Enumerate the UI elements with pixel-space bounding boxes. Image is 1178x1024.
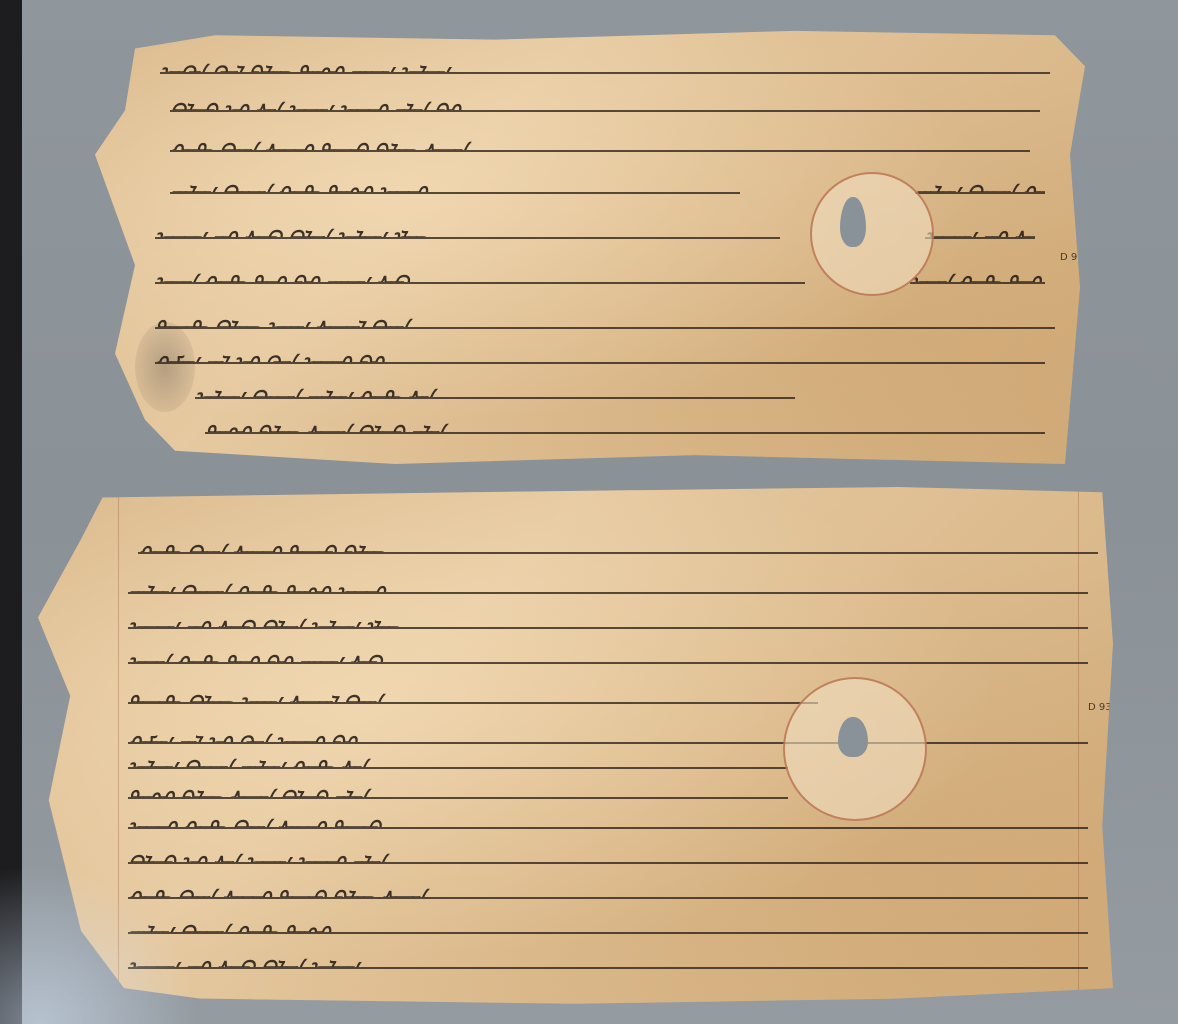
manuscript-line: ᠠᠳᠢᠨ ᠬᠤᠲ ᠲᠤᠷ ᠪᠢᠷ ᠶᠠᠷᠤᠬ ᠰᠠᠪ <box>128 642 1088 664</box>
manuscript-line: ᠶᠠᠷᠯᠢᠭ ᠪᠤᠷᠬᠠᠨ ᠬᠤᠲ ᠲᠡᠩᠷᠢ ᠡᠷᠲᠦᠷ <box>128 572 1088 594</box>
manuscript-line: ᠲᠡᠩᠷᠢ ᠪᠢᠯᠢᠭ ᠰᠥᠷᠡ ᠪᠤᠯᠳᠤ ᠶᠠᠯᠢᠨ <box>205 412 1045 434</box>
upper-manuscript-leaf: ᠡᠷᠡᠭᠦᠨ ᠬᠥᠯ ᠪᠢᠯᠢᠭ ᠲᠡᠩᠷᠢ ᠶᠠᠷᠤᠬ ᠤᠯᠤᠭ ᠪᠤᠯᠳᠤ … <box>95 22 1095 464</box>
string-hole <box>838 717 868 757</box>
manuscript-line: ᠡᠷᠲᠦᠷ ᠬᠤᠲ ᠪᠤᠶᠠᠨ ᠰᠠᠴᠤᠷ ᠲᠥᠷᠦ <box>128 807 1088 829</box>
manuscript-line: ᠬᠤᠲ ᠪᠤᠶᠠᠨ ᠰᠠᠴᠤᠷ ᠲᠥᠷᠦ ᠪᠢᠯᠢᠭ <box>138 532 1098 554</box>
light-glare <box>0 864 200 1024</box>
manuscript-line: ᠤᠯᠤᠭ ᠪᠤᠷᠬᠠᠨ ᠶᠠᠷᠯᠢᠭ ᠬᠤᠲ ᠰᠠᠨ <box>195 377 795 399</box>
manuscript-line: ᠢᠳᠤᠬ ᠶᠢᠷ ᠰᠤᠪ ᠪᠤᠯᠤᠨ ᠤᠯᠤᠭ <box>128 947 1088 969</box>
manuscript-line: ᠢᠳᠤᠬ ᠶᠢᠷ ᠰᠤᠪ ᠪᠤᠯᠤᠨ ᠤᠯᠤᠭ ᠡᠯᠢᠭ <box>128 607 1088 629</box>
string-hole <box>840 197 866 247</box>
manuscript-line: ᠡᠷᠡᠭᠦᠨ ᠬᠥᠯ ᠪᠢᠯᠢᠭ ᠲᠡᠩᠷᠢ ᠶᠠᠷᠤᠬ ᠤᠯᠤᠭ <box>160 52 1050 74</box>
manuscript-line: ᠬᠠᠮᠠᠭ ᠶᠢᠯ ᠠᠶ ᠬᠦᠨ ᠡᠷᠲᠦᠷ ᠪᠡᠷ <box>128 722 1088 744</box>
manuscript-line: ᠬᠤᠲ ᠪᠤᠶᠠᠨ ᠰᠠᠴᠤᠷ ᠲᠥᠷᠦ ᠪᠢᠯᠢᠭ ᠰᠥᠷᠡ <box>128 877 1088 899</box>
manuscript-line: ᠢᠳᠤᠬ ᠶᠢᠷ ᠰᠤᠪ ᠪᠤᠯᠤᠨ ᠤᠯᠤᠭ ᠡᠯᠢᠭ <box>925 217 1035 239</box>
manuscript-line: ᠠᠳᠢᠨ ᠬᠤᠲ ᠲᠤᠷ ᠪᠢᠷ ᠶᠠᠷᠤᠬ ᠰᠠᠪ <box>155 262 805 284</box>
shelfmark-label: D 93 <box>1088 702 1112 713</box>
manuscript-line: ᠶᠠᠷᠯᠢᠭ ᠪᠤᠷᠬᠠᠨ ᠬᠤᠲ ᠲᠡᠩᠷᠢ <box>128 912 1088 934</box>
manuscript-line: ᠢᠳᠤᠬ ᠶᠢᠷ ᠰᠤᠪ ᠪᠤᠯᠤᠨ ᠤᠯᠤᠭ ᠡᠯᠢᠭ <box>155 217 780 239</box>
manuscript-line: ᠬᠠᠮᠠᠭ ᠶᠢᠯ ᠠᠶ ᠬᠦᠨ ᠡᠷᠲᠦᠷ ᠪᠡᠷ <box>155 342 1045 364</box>
manuscript-line: ᠶᠠᠷᠯᠢᠭ ᠪᠤᠷᠬᠠᠨ ᠬᠤᠲ ᠲᠡᠩᠷᠢ ᠡᠷᠲᠦᠷ <box>170 172 740 194</box>
manuscript-line: ᠤᠯᠤᠭ ᠪᠤᠷᠬᠠᠨ ᠶᠠᠷᠯᠢᠭ ᠬᠤᠲ ᠰᠠᠨ <box>128 747 788 769</box>
manuscript-line: ᠲᠥᠷᠲ ᠪᠤᠯᠢᠩ ᠠᠷᠢᠭ ᠰᠥᠷᠡᠯ ᠪᠤᠶᠠᠨ <box>155 307 1055 329</box>
manuscript-line: ᠲᠡᠩᠷᠢ ᠪᠢᠯᠢᠭ ᠰᠥᠷᠡ ᠪᠤᠯᠳᠤ ᠶᠠᠯᠢᠨ <box>128 777 788 799</box>
manuscript-line: ᠪᠤᠯᠳᠤ ᠠᠶ ᠰᠠᠨ ᠠᠳᠠᠭ ᠡᠷᠲᠦᠷ ᠶᠠᠯᠢᠨ <box>128 842 1088 864</box>
manuscript-line: ᠲᠥᠷᠲ ᠪᠤᠯᠢᠩ ᠠᠷᠢᠭ ᠰᠥᠷᠡᠯ ᠪᠤᠶᠠᠨ <box>128 682 818 704</box>
manuscript-line: ᠠᠳᠢᠨ ᠬᠤᠲ ᠲᠤᠷ ᠪᠢᠷ ᠶᠠᠷᠤᠬ ᠰᠠᠪ <box>910 262 1045 284</box>
manuscript-line: ᠪᠤᠯᠳᠤ ᠠᠶ ᠰᠠᠨ ᠠᠳᠠᠭ ᠡᠷᠲᠦᠷ ᠶᠠᠯᠢᠨ ᠪᠡᠷ <box>170 90 1040 112</box>
manuscript-line: ᠶᠠᠷᠯᠢᠭ ᠪᠤᠷᠬᠠᠨ ᠬᠤᠲ ᠲᠡᠩᠷᠢ ᠡᠷᠲᠦᠷ <box>915 172 1045 194</box>
water-stain <box>135 322 195 412</box>
red-seal-circle <box>810 172 934 296</box>
manuscript-line: ᠬᠤᠲ ᠪᠤᠶᠠᠨ ᠰᠠᠴᠤᠷ ᠲᠥᠷᠦ ᠪᠢᠯᠢᠭ ᠰᠥᠷᠡ <box>170 130 1030 152</box>
